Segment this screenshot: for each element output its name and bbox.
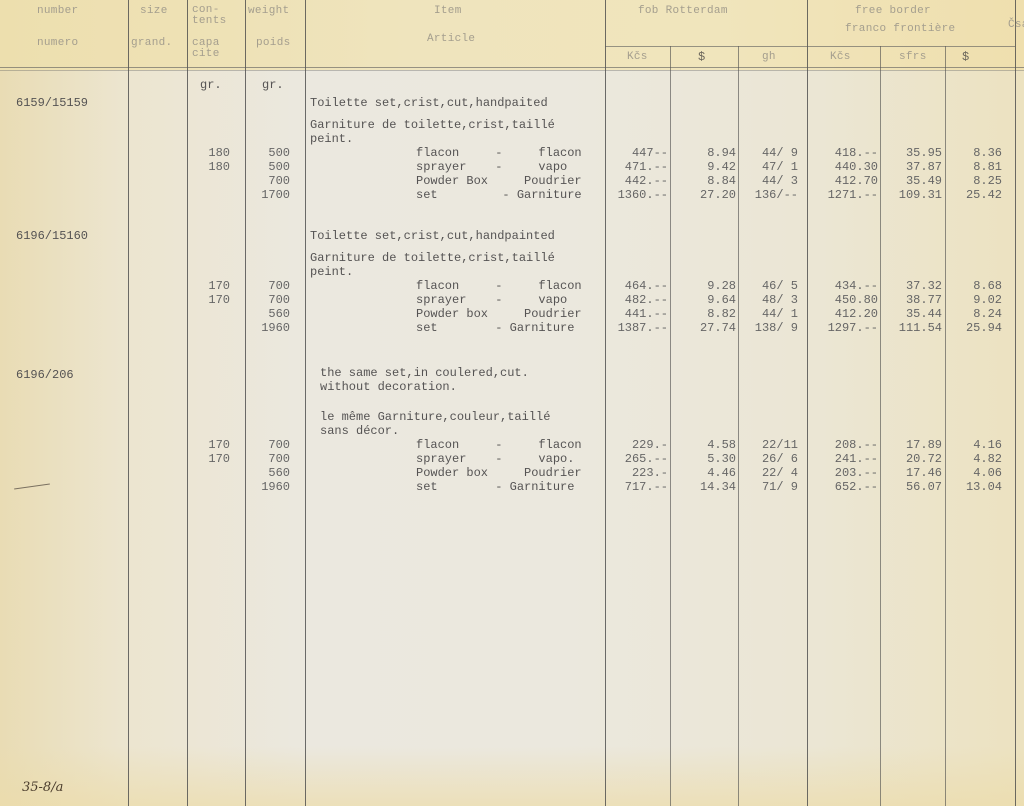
- free-sfrs-cell: 38.77: [882, 293, 942, 307]
- item-cell: sprayer - vapo.: [416, 452, 574, 466]
- free-sfrs-cell: 20.72: [882, 452, 942, 466]
- contents-cell: 180: [190, 160, 230, 174]
- item-cell: set - Garniture: [416, 480, 574, 494]
- free-kcs-cell: 203.--: [810, 466, 878, 480]
- free-usd-cell: 8.36: [948, 146, 1002, 160]
- free-usd-cell: 4.06: [948, 466, 1002, 480]
- free-kcs-cell: 440.30: [810, 160, 878, 174]
- entry-desc-line: Toilette set,crist,cut,handpainted: [310, 229, 555, 243]
- fob-gh-cell: 44/ 3: [740, 174, 798, 188]
- free-kcs-cell: 418.--: [810, 146, 878, 160]
- header-grand: grand.: [131, 37, 172, 49]
- fob-usd-cell: 4.58: [672, 438, 736, 452]
- header-poids: poids: [256, 37, 291, 49]
- rule-weight-item: [305, 0, 306, 806]
- entry-desc-line: Garniture de toilette,crist,taillé: [310, 118, 555, 132]
- weight-cell: 700: [250, 279, 290, 293]
- entry-desc-line: the same set,in coulered,cut.: [320, 366, 529, 380]
- free-kcs-cell: 450.80: [810, 293, 878, 307]
- weight-cell: 560: [250, 307, 290, 321]
- header-item: Item: [434, 5, 462, 17]
- fob-kcs-cell: 265.--: [606, 452, 668, 466]
- contents-cell: 170: [190, 279, 230, 293]
- free-usd-cell: 8.81: [948, 160, 1002, 174]
- fob-usd-cell: 5.30: [672, 452, 736, 466]
- item-cell: flacon - flacon: [416, 146, 582, 160]
- free-usd-cell: 4.16: [948, 438, 1002, 452]
- fob-gh-cell: 44/ 1: [740, 307, 798, 321]
- item-cell: Powder Box Poudrier: [416, 174, 582, 188]
- weight-cell: 560: [250, 466, 290, 480]
- rule-fob-free: [807, 0, 808, 806]
- weight-cell: 700: [250, 174, 290, 188]
- weight-cell: 700: [250, 293, 290, 307]
- free-sfrs-cell: 109.31: [882, 188, 942, 202]
- fob-usd-cell: 9.28: [672, 279, 736, 293]
- header-fob-kcs: Kčs: [627, 51, 648, 63]
- fob-kcs-cell: 1387.--: [606, 321, 668, 335]
- header-free-kcs: Kčs: [830, 51, 851, 63]
- free-kcs-cell: 412.70: [810, 174, 878, 188]
- fob-kcs-cell: 464.--: [606, 279, 668, 293]
- free-sfrs-cell: 35.49: [882, 174, 942, 188]
- fob-usd-cell: 8.84: [672, 174, 736, 188]
- item-cell: Powder box Poudrier: [416, 307, 582, 321]
- rule-subheader-top: [605, 46, 1015, 47]
- handwritten-note: 35-8/a: [22, 780, 63, 795]
- entry-desc-line: peint.: [310, 265, 353, 279]
- weight-cell: 500: [250, 146, 290, 160]
- entry-desc-line: sans décor.: [320, 424, 399, 438]
- weight-cell: 700: [250, 452, 290, 466]
- free-usd-cell: 9.02: [948, 293, 1002, 307]
- rule-contents-weight: [245, 0, 246, 806]
- footer-band: [0, 746, 1024, 806]
- free-kcs-cell: 434.--: [810, 279, 878, 293]
- rule-fob-kcs-usd: [670, 46, 671, 806]
- free-usd-cell: 4.82: [948, 452, 1002, 466]
- header-fob-gh: gh: [762, 51, 776, 63]
- fob-kcs-cell: 447--: [606, 146, 668, 160]
- header-fob-rotterdam: fob Rotterdam: [638, 5, 728, 17]
- free-kcs-cell: 412.20: [810, 307, 878, 321]
- fob-gh-cell: 71/ 9: [740, 480, 798, 494]
- fob-usd-cell: 27.20: [672, 188, 736, 202]
- rule-item-fob: [605, 0, 606, 806]
- free-sfrs-cell: 37.87: [882, 160, 942, 174]
- fob-kcs-cell: 1360.--: [606, 188, 668, 202]
- fob-usd-cell: 4.46: [672, 466, 736, 480]
- weight-cell: 1700: [250, 188, 290, 202]
- contents-cell: 180: [190, 146, 230, 160]
- entry-number: 6196/206: [16, 368, 74, 382]
- fob-kcs-cell: 471.--: [606, 160, 668, 174]
- rule-header-bottom: [0, 67, 1024, 68]
- fob-gh-cell: 47/ 1: [740, 160, 798, 174]
- item-cell: sprayer - vapo: [416, 293, 567, 307]
- entry-desc-line: peint.: [310, 132, 353, 146]
- weight-cell: 500: [250, 160, 290, 174]
- entry-number: 6196/15160: [16, 229, 88, 243]
- entry-number: 6159/15159: [16, 96, 88, 110]
- fob-usd-cell: 8.82: [672, 307, 736, 321]
- item-cell: Powder box Poudrier: [416, 466, 582, 480]
- pencil-stroke: [14, 483, 50, 489]
- item-cell: sprayer - vapo: [416, 160, 567, 174]
- fob-kcs-cell: 717.--: [606, 480, 668, 494]
- fob-usd-cell: 8.94: [672, 146, 736, 160]
- header-free-usd: $: [962, 50, 970, 64]
- weight-cell: 1960: [250, 321, 290, 335]
- contents-cell: 170: [190, 293, 230, 307]
- free-kcs-cell: 208.--: [810, 438, 878, 452]
- header-article: Article: [427, 33, 475, 45]
- fob-gh-cell: 26/ 6: [740, 452, 798, 466]
- fob-usd-cell: 14.34: [672, 480, 736, 494]
- rule-fob-usd-gh: [738, 46, 739, 806]
- item-cell: set - Garniture: [416, 321, 574, 335]
- fob-gh-cell: 138/ 9: [740, 321, 798, 335]
- free-kcs-cell: 652.--: [810, 480, 878, 494]
- fob-usd-cell: 27.74: [672, 321, 736, 335]
- header-free-sfrs: sfrs: [899, 51, 927, 63]
- unit-contents: gr.: [200, 78, 222, 92]
- free-sfrs-cell: 35.95: [882, 146, 942, 160]
- fob-gh-cell: 136/--: [740, 188, 798, 202]
- rule-size-contents: [187, 0, 188, 806]
- header-size: size: [140, 5, 168, 17]
- weight-cell: 1960: [250, 480, 290, 494]
- fob-kcs-cell: 229.-: [606, 438, 668, 452]
- free-kcs-cell: 1297.--: [810, 321, 878, 335]
- item-cell: flacon - flacon: [416, 438, 582, 452]
- fob-gh-cell: 22/ 4: [740, 466, 798, 480]
- rule-free-kcs-sfrs: [880, 46, 881, 806]
- fob-gh-cell: 46/ 5: [740, 279, 798, 293]
- header-free-border: free border: [855, 5, 931, 17]
- free-usd-cell: 13.04: [948, 480, 1002, 494]
- entry-desc-line: Garniture de toilette,crist,taillé: [310, 251, 555, 265]
- header-contents: con- tents: [192, 5, 227, 27]
- header-franco-frontiere: franco frontière: [845, 23, 955, 35]
- weight-cell: 700: [250, 438, 290, 452]
- free-usd-cell: 8.25: [948, 174, 1002, 188]
- fob-usd-cell: 9.42: [672, 160, 736, 174]
- free-usd-cell: 25.42: [948, 188, 1002, 202]
- free-sfrs-cell: 111.54: [882, 321, 942, 335]
- fob-kcs-cell: 441.--: [606, 307, 668, 321]
- header-fob-usd: $: [698, 50, 706, 64]
- header-cut-off-mark: Čsa: [1008, 19, 1024, 31]
- item-cell: flacon - flacon: [416, 279, 582, 293]
- fob-kcs-cell: 442.--: [606, 174, 668, 188]
- free-usd-cell: 25.94: [948, 321, 1002, 335]
- free-usd-cell: 8.24: [948, 307, 1002, 321]
- header-numero: numero: [37, 37, 78, 49]
- free-sfrs-cell: 37.32: [882, 279, 942, 293]
- free-usd-cell: 8.68: [948, 279, 1002, 293]
- header-number: number: [37, 5, 78, 17]
- contents-cell: 170: [190, 438, 230, 452]
- rule-number-size: [128, 0, 129, 806]
- entry-desc-line: le même Garniture,couleur,taillé: [320, 410, 550, 424]
- free-kcs-cell: 241.--: [810, 452, 878, 466]
- free-sfrs-cell: 56.07: [882, 480, 942, 494]
- header-capacite: capa cite: [192, 38, 220, 60]
- contents-cell: 170: [190, 452, 230, 466]
- rule-free-sfrs-usd: [945, 46, 946, 806]
- free-kcs-cell: 1271.--: [810, 188, 878, 202]
- rule-right-edge: [1015, 0, 1016, 806]
- free-sfrs-cell: 17.89: [882, 438, 942, 452]
- fob-gh-cell: 48/ 3: [740, 293, 798, 307]
- fob-kcs-cell: 482.--: [606, 293, 668, 307]
- free-sfrs-cell: 35.44: [882, 307, 942, 321]
- fob-usd-cell: 9.64: [672, 293, 736, 307]
- item-cell: set - Garniture: [416, 188, 582, 202]
- rule-header-bottom-2: [0, 70, 1024, 71]
- entry-desc-line: Toilette set,crist,cut,handpaited: [310, 96, 548, 110]
- entry-desc-line: without decoration.: [320, 380, 457, 394]
- fob-gh-cell: 22/11: [740, 438, 798, 452]
- header-weight: weight: [248, 5, 289, 17]
- free-sfrs-cell: 17.46: [882, 466, 942, 480]
- fob-kcs-cell: 223.-: [606, 466, 668, 480]
- unit-weight: gr.: [262, 78, 284, 92]
- fob-gh-cell: 44/ 9: [740, 146, 798, 160]
